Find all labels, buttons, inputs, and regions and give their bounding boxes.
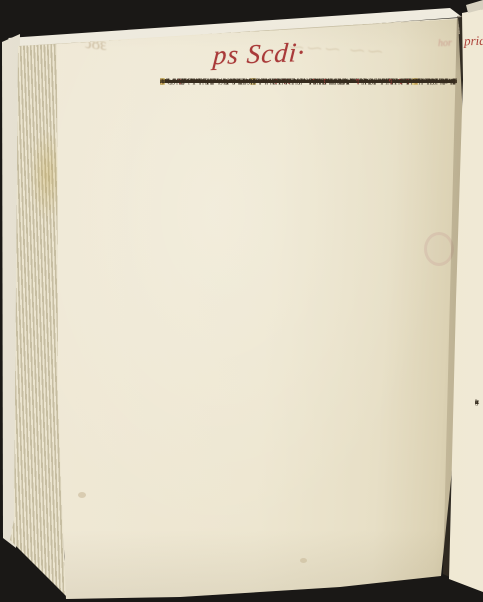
ghost-annotation: hor [438,38,452,49]
photographed-open-book: ɜ8c ⁓⁓ ⁓⁓⁓ hor ps Scdi· bonefidei posses… [0,0,483,602]
text-line: in re·do·fac·si p uoluntaria·et·l·se·si … [160,78,323,85]
rubric-text: ps Scdi· [212,30,307,77]
left-text-column: bonefidei possessori cösulitur p retenti… [160,78,323,496]
book-page: ɜ8c ⁓⁓ ⁓⁓⁓ hor ps Scdi· bonefidei posses… [0,0,483,602]
adjacent-page-rubric: pridi [464,33,483,49]
page-speck [300,558,307,563]
page-heading-rubric: ps Scdi· [211,29,344,82]
page-speck [78,492,86,498]
text-line: possunt·ff·de pig·act·si necessarias sed… [323,78,457,85]
text-line: n [475,399,478,406]
right-text-column: se möle fidei possessor si quidem fecit … [323,78,457,496]
